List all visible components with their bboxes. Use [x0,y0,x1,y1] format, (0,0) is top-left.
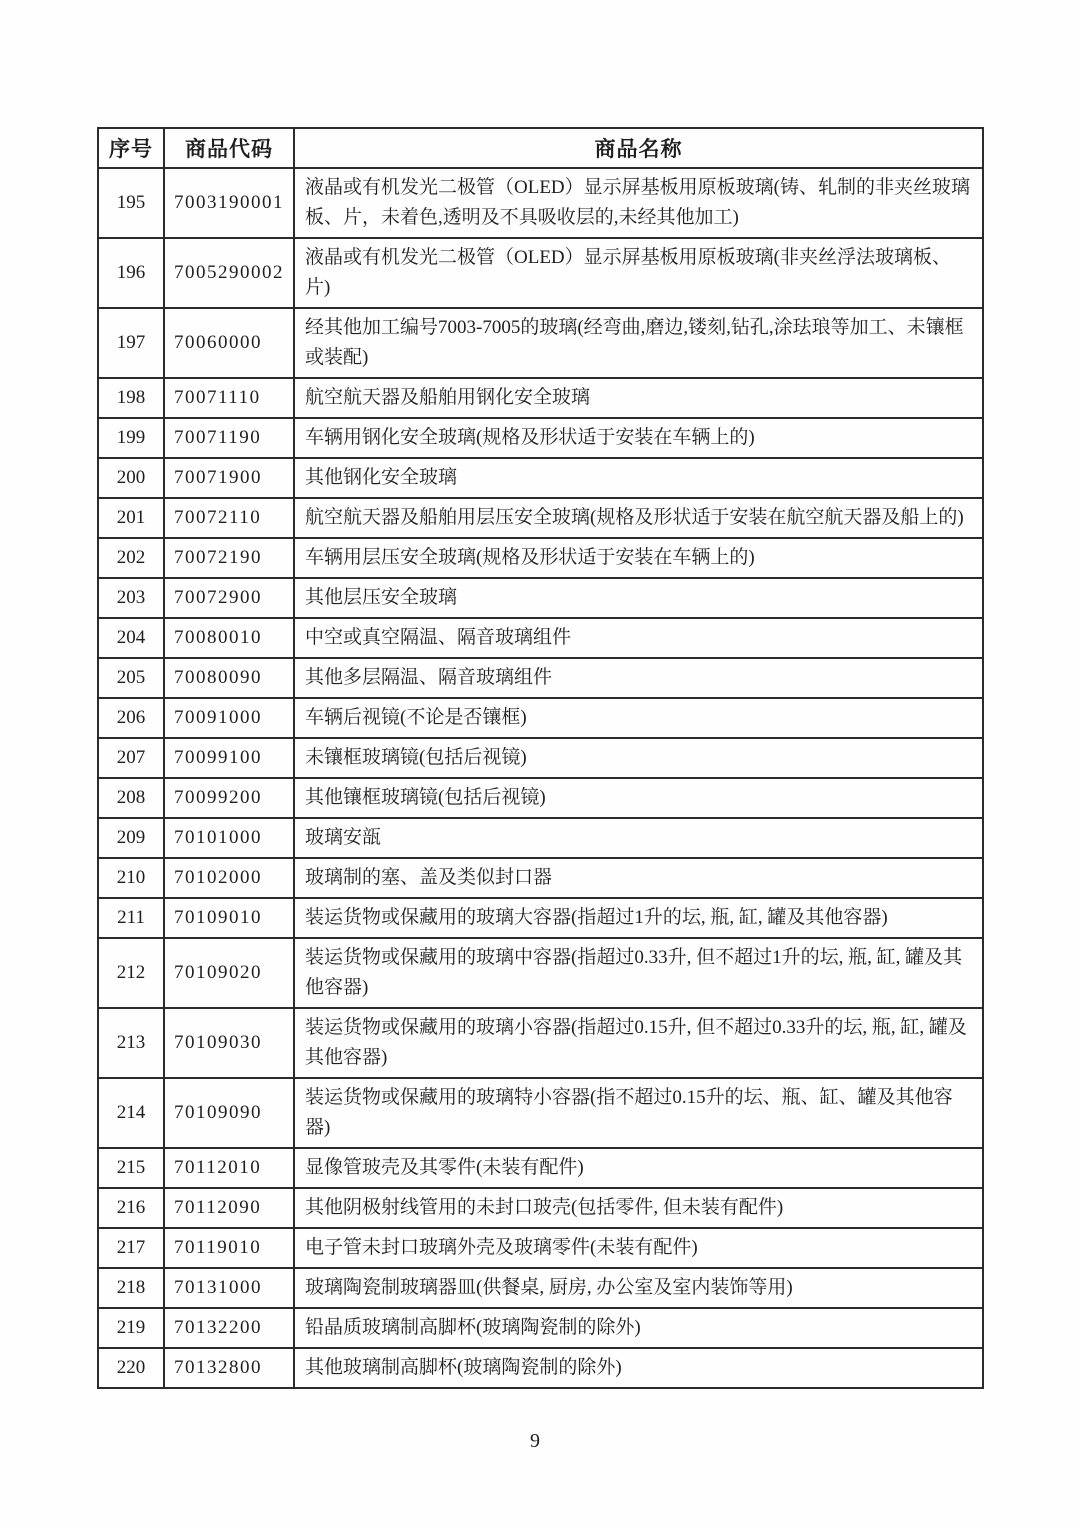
table-row: 196 7005290002 液晶或有机发光二极管（OLED）显示屏基板用原板玻… [98,238,983,308]
row-serial-number: 206 [98,698,164,738]
row-serial-number: 209 [98,818,164,858]
document-page: 序号 商品代码 商品名称 195 7003190001 液晶或有机发光二极管（O… [0,0,1080,1528]
row-serial-number: 213 [98,1008,164,1078]
row-serial-number: 215 [98,1148,164,1188]
row-commodity-name: 中空或真空隔温、隔音玻璃组件 [294,618,983,658]
row-commodity-code: 70112010 [164,1148,294,1188]
row-serial-number: 219 [98,1308,164,1348]
table-header-row: 序号 商品代码 商品名称 [98,128,983,168]
row-serial-number: 207 [98,738,164,778]
row-commodity-code: 70109090 [164,1078,294,1148]
row-commodity-name: 其他阴极射线管用的未封口玻壳(包括零件, 但未装有配件) [294,1188,983,1228]
row-commodity-name: 车辆用层压安全玻璃(规格及形状适于安装在车辆上的) [294,538,983,578]
row-commodity-name: 其他层压安全玻璃 [294,578,983,618]
row-commodity-code: 70109030 [164,1008,294,1078]
row-serial-number: 202 [98,538,164,578]
table-row: 209 70101000 玻璃安瓿 [98,818,983,858]
row-serial-number: 204 [98,618,164,658]
row-serial-number: 212 [98,938,164,1008]
row-commodity-name: 其他钢化安全玻璃 [294,458,983,498]
row-commodity-code: 70132800 [164,1348,294,1388]
row-commodity-code: 70132200 [164,1308,294,1348]
row-commodity-code: 70080010 [164,618,294,658]
table-row: 203 70072900 其他层压安全玻璃 [98,578,983,618]
row-commodity-code: 7005290002 [164,238,294,308]
row-commodity-code: 70119010 [164,1228,294,1268]
row-commodity-name: 航空航天器及船舶用钢化安全玻璃 [294,378,983,418]
row-commodity-code: 70091000 [164,698,294,738]
table-row: 207 70099100 未镶框玻璃镜(包括后视镜) [98,738,983,778]
row-commodity-code: 70080090 [164,658,294,698]
table-row: 208 70099200 其他镶框玻璃镜(包括后视镜) [98,778,983,818]
table-row: 220 70132800 其他玻璃制高脚杯(玻璃陶瓷制的除外) [98,1348,983,1388]
table-row: 214 70109090 装运货物或保藏用的玻璃特小容器(指不超过0.15升的坛… [98,1078,983,1148]
table-row: 200 70071900 其他钢化安全玻璃 [98,458,983,498]
row-commodity-name: 玻璃安瓿 [294,818,983,858]
row-commodity-name: 装运货物或保藏用的玻璃小容器(指超过0.15升, 但不超过0.33升的坛, 瓶,… [294,1008,983,1078]
table-body: 195 7003190001 液晶或有机发光二极管（OLED）显示屏基板用原板玻… [98,168,983,1388]
row-commodity-code: 70072900 [164,578,294,618]
row-commodity-name: 车辆后视镜(不论是否镶框) [294,698,983,738]
row-serial-number: 198 [98,378,164,418]
row-serial-number: 210 [98,858,164,898]
row-commodity-name: 其他玻璃制高脚杯(玻璃陶瓷制的除外) [294,1348,983,1388]
table-row: 195 7003190001 液晶或有机发光二极管（OLED）显示屏基板用原板玻… [98,168,983,238]
row-serial-number: 201 [98,498,164,538]
row-commodity-name: 装运货物或保藏用的玻璃大容器(指超过1升的坛, 瓶, 缸, 罐及其他容器) [294,898,983,938]
row-commodity-name: 铅晶质玻璃制高脚杯(玻璃陶瓷制的除外) [294,1308,983,1348]
row-commodity-code: 70071900 [164,458,294,498]
row-commodity-code: 70109010 [164,898,294,938]
row-commodity-code: 70072110 [164,498,294,538]
table-row: 218 70131000 玻璃陶瓷制玻璃器皿(供餐桌, 厨房, 办公室及室内装饰… [98,1268,983,1308]
row-serial-number: 199 [98,418,164,458]
table-row: 212 70109020 装运货物或保藏用的玻璃中容器(指超过0.33升, 但不… [98,938,983,1008]
row-serial-number: 208 [98,778,164,818]
row-serial-number: 196 [98,238,164,308]
row-commodity-code: 70102000 [164,858,294,898]
row-commodity-code: 70060000 [164,308,294,378]
column-header-commodity-code: 商品代码 [164,128,294,168]
commodity-table: 序号 商品代码 商品名称 195 7003190001 液晶或有机发光二极管（O… [97,127,984,1389]
row-commodity-name: 液晶或有机发光二极管（OLED）显示屏基板用原板玻璃(铸、轧制的非夹丝玻璃板、片… [294,168,983,238]
table-row: 213 70109030 装运货物或保藏用的玻璃小容器(指超过0.15升, 但不… [98,1008,983,1078]
table-row: 199 70071190 车辆用钢化安全玻璃(规格及形状适于安装在车辆上的) [98,418,983,458]
column-header-serial-number: 序号 [98,128,164,168]
row-commodity-name: 玻璃制的塞、盖及类似封口器 [294,858,983,898]
row-commodity-code: 70131000 [164,1268,294,1308]
row-commodity-code: 70072190 [164,538,294,578]
row-serial-number: 195 [98,168,164,238]
row-serial-number: 200 [98,458,164,498]
table-row: 215 70112010 显像管玻壳及其零件(未装有配件) [98,1148,983,1188]
row-commodity-code: 70101000 [164,818,294,858]
page-number: 9 [0,1430,1070,1453]
row-serial-number: 217 [98,1228,164,1268]
table-row: 219 70132200 铅晶质玻璃制高脚杯(玻璃陶瓷制的除外) [98,1308,983,1348]
column-header-commodity-name: 商品名称 [294,128,983,168]
row-commodity-name: 液晶或有机发光二极管（OLED）显示屏基板用原板玻璃(非夹丝浮法玻璃板、片) [294,238,983,308]
row-serial-number: 214 [98,1078,164,1148]
table-row: 201 70072110 航空航天器及船舶用层压安全玻璃(规格及形状适于安装在航… [98,498,983,538]
table-row: 206 70091000 车辆后视镜(不论是否镶框) [98,698,983,738]
row-serial-number: 205 [98,658,164,698]
table-row: 204 70080010 中空或真空隔温、隔音玻璃组件 [98,618,983,658]
table-row: 202 70072190 车辆用层压安全玻璃(规格及形状适于安装在车辆上的) [98,538,983,578]
row-commodity-code: 70071190 [164,418,294,458]
row-commodity-name: 装运货物或保藏用的玻璃特小容器(指不超过0.15升的坛、瓶、缸、罐及其他容器) [294,1078,983,1148]
row-serial-number: 220 [98,1348,164,1388]
row-commodity-name: 其他多层隔温、隔音玻璃组件 [294,658,983,698]
table-row: 197 70060000 经其他加工编号7003-7005的玻璃(经弯曲,磨边,… [98,308,983,378]
row-commodity-name: 其他镶框玻璃镜(包括后视镜) [294,778,983,818]
row-commodity-name: 未镶框玻璃镜(包括后视镜) [294,738,983,778]
table-row: 210 70102000 玻璃制的塞、盖及类似封口器 [98,858,983,898]
row-commodity-name: 电子管未封口玻璃外壳及玻璃零件(未装有配件) [294,1228,983,1268]
row-commodity-name: 经其他加工编号7003-7005的玻璃(经弯曲,磨边,镂刻,钻孔,涂珐琅等加工、… [294,308,983,378]
row-commodity-code: 70099200 [164,778,294,818]
row-commodity-name: 车辆用钢化安全玻璃(规格及形状适于安装在车辆上的) [294,418,983,458]
row-commodity-code: 70071110 [164,378,294,418]
table-row: 211 70109010 装运货物或保藏用的玻璃大容器(指超过1升的坛, 瓶, … [98,898,983,938]
row-serial-number: 203 [98,578,164,618]
row-commodity-code: 70109020 [164,938,294,1008]
table-row: 217 70119010 电子管未封口玻璃外壳及玻璃零件(未装有配件) [98,1228,983,1268]
row-serial-number: 197 [98,308,164,378]
row-commodity-code: 70112090 [164,1188,294,1228]
table-row: 198 70071110 航空航天器及船舶用钢化安全玻璃 [98,378,983,418]
row-commodity-name: 装运货物或保藏用的玻璃中容器(指超过0.33升, 但不超过1升的坛, 瓶, 缸,… [294,938,983,1008]
row-serial-number: 216 [98,1188,164,1228]
row-commodity-name: 玻璃陶瓷制玻璃器皿(供餐桌, 厨房, 办公室及室内装饰等用) [294,1268,983,1308]
row-serial-number: 218 [98,1268,164,1308]
row-serial-number: 211 [98,898,164,938]
table-row: 205 70080090 其他多层隔温、隔音玻璃组件 [98,658,983,698]
row-commodity-name: 显像管玻壳及其零件(未装有配件) [294,1148,983,1188]
row-commodity-code: 7003190001 [164,168,294,238]
row-commodity-name: 航空航天器及船舶用层压安全玻璃(规格及形状适于安装在航空航天器及船上的) [294,498,983,538]
row-commodity-code: 70099100 [164,738,294,778]
table-row: 216 70112090 其他阴极射线管用的未封口玻壳(包括零件, 但未装有配件… [98,1188,983,1228]
